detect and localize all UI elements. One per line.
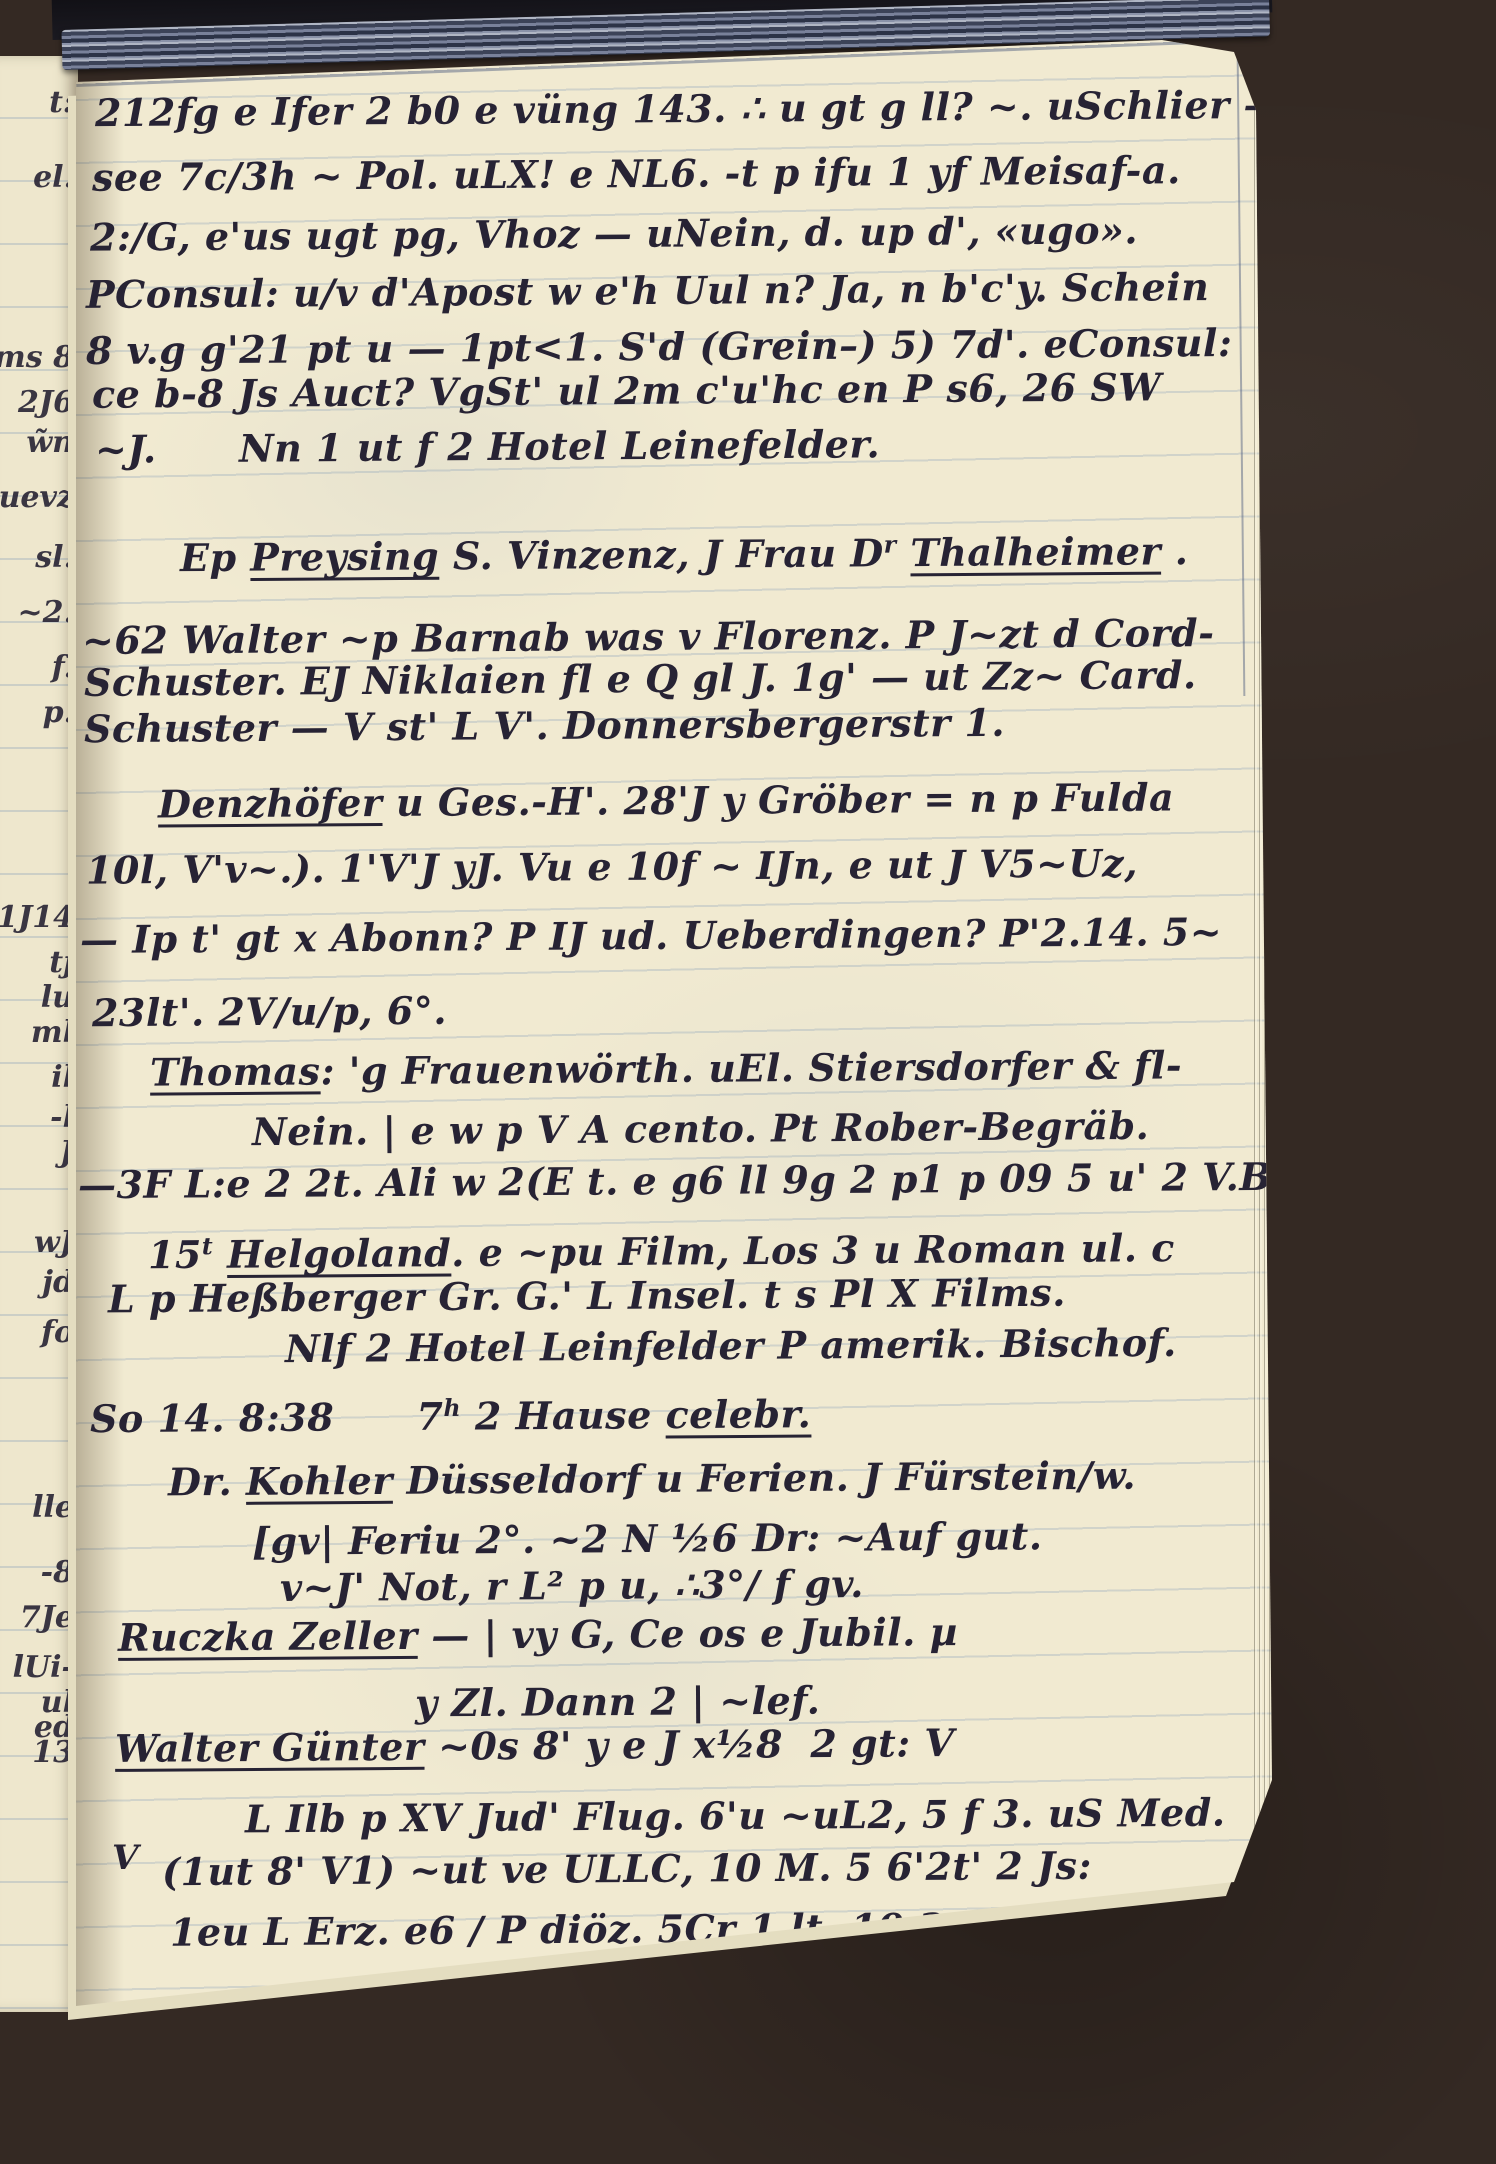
handwriting-line: 8 v.g g'21 pt u — 1pt<1. S'd (Grein–) 5)… <box>86 324 1233 370</box>
handwriting-segment: Nein. | e w p V A cento. Pt Rober-Begräb… <box>252 1103 1150 1154</box>
facing-page-fragment: 13 <box>32 1738 74 1768</box>
handwriting-segment: Denzhöfer <box>158 780 383 827</box>
handwriting-segment: Preysing <box>250 533 439 579</box>
handwriting-segment: see 7c/3h ~ Pol. uLX! e NL6. -t p ifu 1 … <box>92 147 1181 200</box>
facing-page-fragment: ms 8 <box>0 343 74 373</box>
handwriting-line: Schuster. EJ Niklaien fl e Q gl J. 1g' —… <box>84 656 1197 702</box>
handwriting-segment: . e ~pu Film, Los 3 u Roman ul. c <box>451 1225 1175 1275</box>
handwriting-segment: Düsseldorf u Ferien. J Fürstein/w. <box>393 1453 1137 1503</box>
handwriting-line: ce b-8 Js Auct? VgSt' ul 2m c'u'hc en P … <box>92 368 1162 413</box>
handwriting-line: ~J. Nn 1 ut f 2 Hotel Leinefelder. <box>95 425 880 468</box>
diary-photo: { "document": { "kind": "Handwritten dia… <box>0 0 1496 2164</box>
margin-mark: V <box>112 1838 138 1878</box>
handwriting-line: v~J' Not, r L² p u, ∴3°/ f gv. <box>280 1565 864 1607</box>
handwriting-segment: L Ilb p XV Jud' Flug. 6'u ~uL2, 5 f 3. u… <box>245 1790 1226 1842</box>
handwriting-line: Ruczka Zeller — | vy G, Ce os e Jubil. µ <box>118 1613 958 1657</box>
facing-page-fragment: ml <box>31 1018 74 1048</box>
handwriting-line: Nein. | e w p V A cento. Pt Rober-Begräb… <box>252 1107 1150 1151</box>
handwriting-line: PConsul: u/v d'Apost w e'h Uul n? Ja, n … <box>86 268 1210 314</box>
handwriting-segment: ce b-8 Js Auct? VgSt' ul 2m c'u'hc en P … <box>92 364 1162 416</box>
handwriting-segment: Helgoland <box>227 1230 451 1277</box>
handwriting-segment: Schuster. EJ Niklaien fl e Q gl J. 1g' —… <box>84 652 1197 705</box>
handwriting-segment: Dr. <box>168 1459 246 1505</box>
handwriting-segment: celebr. <box>665 1391 811 1437</box>
handwriting-line: 2:/G, e'us ugt pg, Vhoz — uNein, d. up d… <box>90 211 1138 256</box>
handwriting-line: 10l, V'v~.). 1'V'J yJ. Vu e 10f ~ IJn, e… <box>86 844 1138 889</box>
handwriting-segment: ~0s 8' y e J x½8 2 gt: V <box>424 1720 954 1769</box>
handwriting-line: L p Heßberger Gr. G.' L Insel. t s Pl X … <box>108 1274 1066 1319</box>
handwriting-segment: Ep <box>180 535 251 580</box>
handwriting-segment: : 'g Frauenwörth. uEl. Stiersdorfer & fl… <box>320 1042 1182 1093</box>
handwriting-segment: . <box>1161 528 1189 573</box>
facing-page-fragment: w̃n <box>26 428 74 458</box>
handwriting-line: Schuster — V st' L V'. Donnersbergerstr … <box>84 704 1005 748</box>
handwriting-segment <box>213 1232 227 1277</box>
handwriting-segment: PConsul: u/v d'Apost w e'h Uul n? Ja, n … <box>86 264 1210 317</box>
handwriting-segment: S. Vinzenz, J Frau D <box>439 530 884 578</box>
handwriting-segment: ~J. Nn 1 ut f 2 Hotel Leinefelder. <box>95 421 880 471</box>
handwriting-line: 23lt'. 2V/u/p, 6°. <box>92 992 447 1032</box>
handwriting-segment: y Zl. Dann 2 | ~lef. <box>415 1678 821 1726</box>
handwriting-segment: 212fg e Ifer 2 b0 e vüng 143. ∴ u gt g l… <box>95 82 1282 135</box>
handwriting-segment: 15 <box>148 1232 202 1277</box>
handwriting-segment: Kohler <box>246 1458 393 1504</box>
facing-page-fragment: 1J14 <box>0 903 74 933</box>
handwriting-segment: r <box>884 531 897 559</box>
handwriting-line: see 7c/3h ~ Pol. uLX! e NL6. -t p ifu 1 … <box>92 151 1181 197</box>
handwriting-segment <box>896 530 910 575</box>
handwriting-line: L Ilb p XV Jud' Flug. 6'u ~uL2, 5 f 3. u… <box>245 1794 1226 1839</box>
handwriting-segment: Schuster — V st' L V'. Donnersbergerstr … <box>84 700 1005 751</box>
handwriting-line: So 14. 8:38 7h 2 Hause celebr. <box>90 1394 812 1438</box>
facing-page-fragment: 2J6 <box>18 388 74 418</box>
notebook-page: 212fg e Ifer 2 b0 e vüng 143. ∴ u gt g l… <box>76 38 1272 2010</box>
handwriting-line: Denzhöfer u Ges.-H'. 28'J y Gröber = n p… <box>158 778 1174 823</box>
handwriting-line: Thomas: 'g Frauenwörth. uEl. Stiersdorfe… <box>150 1046 1182 1091</box>
handwriting-segment: [gv| Feriu 2°. ~2 N ½6 Dr: ~Auf gut. <box>252 1513 1043 1564</box>
handwriting-segment: v~J' Not, r L² p u, ∴3°/ f gv. <box>280 1561 864 1610</box>
handwriting-segment: u Ges.-H'. 28'J y Gröber = n p Fulda <box>382 774 1174 825</box>
handwriting-segment: 10l, V'v~.). 1'V'J yJ. Vu e 10f ~ IJn, e… <box>86 840 1138 892</box>
handwriting-segment: Ruczka Zeller <box>118 1613 418 1660</box>
facing-page-fragment: lle <box>32 1493 74 1523</box>
handwriting-segment: Walter Günter <box>115 1724 425 1771</box>
facing-page-fragment: 7Je <box>20 1603 74 1633</box>
handwriting-line: Ep Preysing S. Vinzenz, J Frau Dr Thalhe… <box>180 531 1189 577</box>
handwriting-line: y Zl. Dann 2 | ~lef. <box>415 1682 821 1723</box>
handwriting-line: Nlf 2 Hotel Leinfelder P amerik. Bischof… <box>285 1324 1177 1368</box>
facing-page-fragment: uevz <box>0 483 74 513</box>
facing-page-fragment: ~2. <box>18 598 74 628</box>
handwriting-line: —3F L:e 2 2t. Ali w 2(E t. e g6 ll 9g 2 … <box>78 1158 1286 1204</box>
handwriting-segment: — | vy G, Ce os e Jubil. µ <box>417 1609 958 1658</box>
page-right-frame-line <box>1237 56 1246 696</box>
handwriting-line: — Ip t' gt x Abonn? P IJ ud. Ueberdingen… <box>80 913 1222 959</box>
handwriting-line: [gv| Feriu 2°. ~2 N ½6 Dr: ~Auf gut. <box>252 1517 1043 1561</box>
handwriting-line: Walter Günter ~0s 8' y e J x½8 2 gt: V <box>115 1724 955 1768</box>
facing-page-fragment: lUi- <box>13 1653 74 1683</box>
handwriting-segment: (1ut 8' V1) ~ut ve ULLC, 10 M. 5 6'2t' 2… <box>162 1843 1092 1894</box>
facing-page-sliver: t:el.ms 82J6w̃nuevzsl.~2.f.p.1J14tjlumli… <box>0 56 78 2012</box>
handwriting-segment: 23lt'. 2V/u/p, 6°. <box>92 988 447 1035</box>
handwriting-segment: 2 Hause <box>461 1392 666 1438</box>
handwriting-line: 212fg e Ifer 2 b0 e vüng 143. ∴ u gt g l… <box>95 86 1282 132</box>
handwriting-segment: t <box>202 1232 214 1260</box>
handwriting-segment: L p Heßberger Gr. G.' L Insel. t s Pl X … <box>108 1270 1066 1322</box>
handwriting-segment: Nlf 2 Hotel Leinfelder P amerik. Bischof… <box>285 1320 1177 1371</box>
handwriting-segment: h <box>443 1394 461 1422</box>
page-stack-edges <box>1252 102 1270 1860</box>
facing-page-fragment: wJ <box>34 1228 74 1258</box>
handwriting-segment: — Ip t' gt x Abonn? P IJ ud. Ueberdingen… <box>80 909 1222 962</box>
handwriting-line: (1ut 8' V1) ~ut ve ULLC, 10 M. 5 6'2t' 2… <box>162 1847 1092 1891</box>
handwriting-line: Dr. Kohler Düsseldorf u Ferien. J Fürste… <box>168 1457 1136 1502</box>
handwriting-segment: So 14. 8:38 7 <box>90 1394 444 1441</box>
facing-page-fragment: el. <box>33 163 74 193</box>
handwriting-segment: —3F L:e 2 2t. Ali w 2(E t. e g6 ll 9g 2 … <box>78 1154 1286 1207</box>
handwriting-line: 15t Helgoland. e ~pu Film, Los 3 u Roman… <box>148 1228 1175 1274</box>
handwriting-segment: Thalheimer <box>910 528 1161 575</box>
handwriting-segment: Thomas <box>150 1048 321 1094</box>
handwriting-segment: 2:/G, e'us ugt pg, Vhoz — uNein, d. up d… <box>90 207 1138 259</box>
